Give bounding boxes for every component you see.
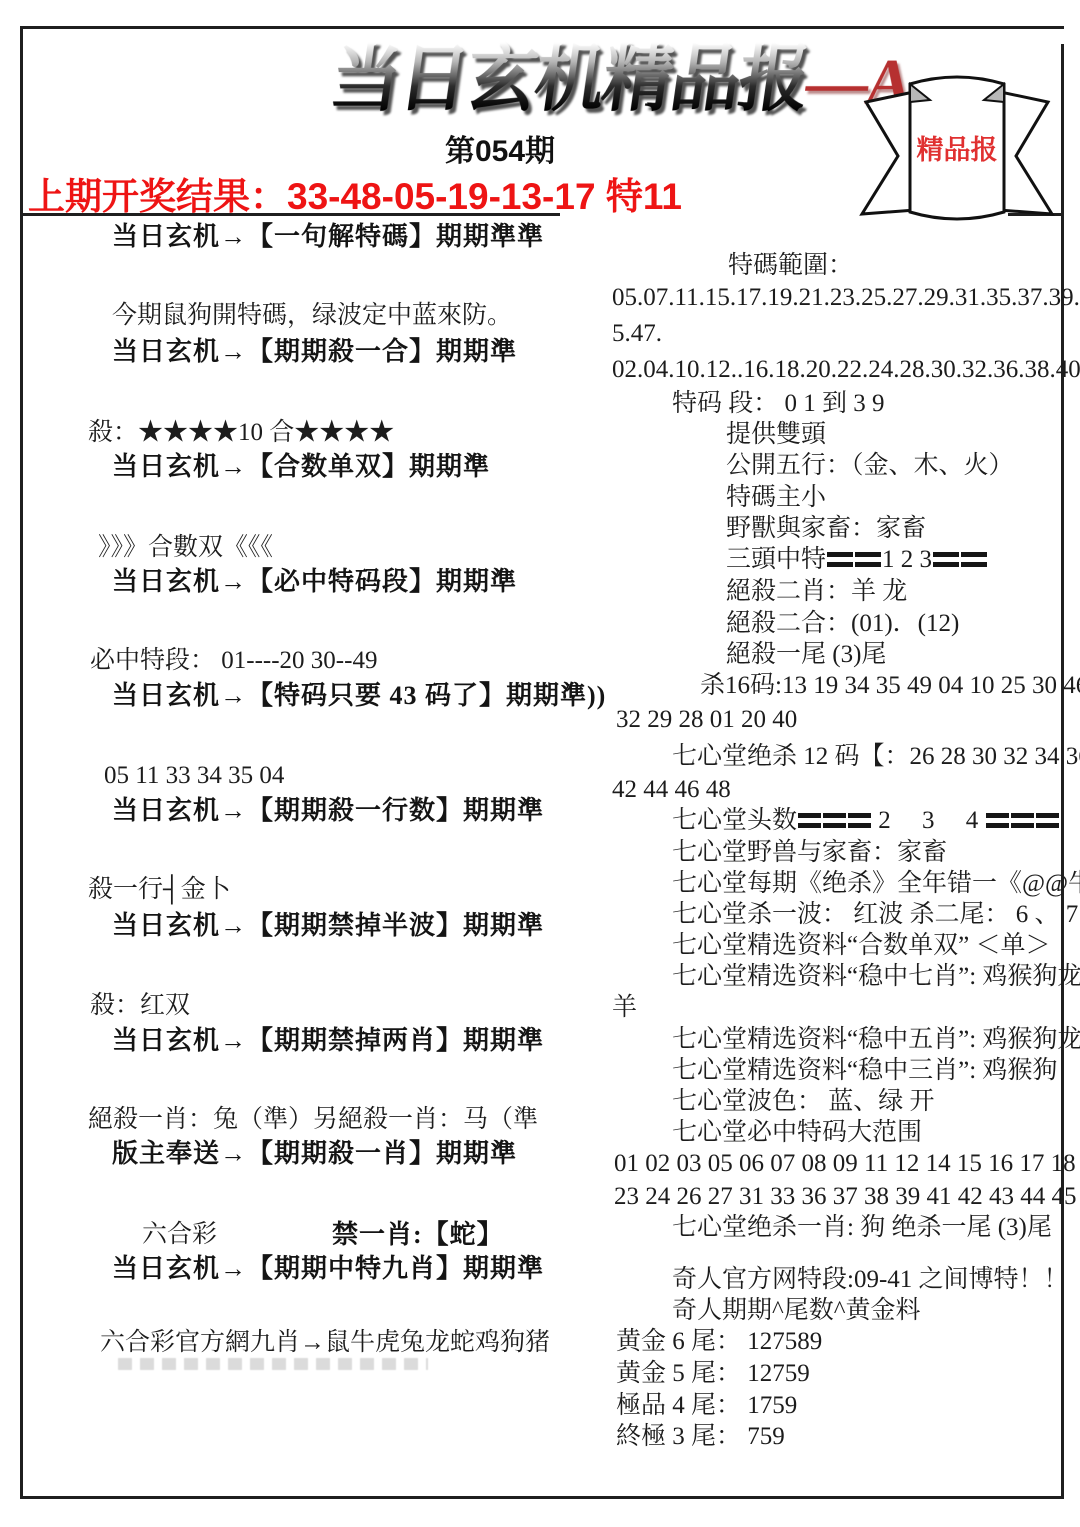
right-gold-5-tails: 黄金 5 尾： 12759	[616, 1360, 810, 1389]
border-left	[20, 26, 23, 1499]
right-qixintang-wave: 七心堂杀一波： 红波 杀二尾： 6 、 7	[672, 901, 1078, 930]
left-tip-2: 》》》合數双《《《	[98, 534, 273, 563]
right-best-4-tails: 極品 4 尾： 1759	[616, 1392, 797, 1421]
qixintang-heads-numbers: 2 3 4	[878, 807, 978, 834]
double-bar-icon	[961, 552, 987, 567]
left-headline-2: 当日玄机→【期期殺一合】期期準	[112, 337, 517, 367]
right-qixintang-sum-parity: 七心堂精选资料“合数单双” ＜单＞	[672, 932, 1050, 961]
masthead-title-main: 当日玄机精品报	[325, 39, 812, 120]
double-bar-icon	[848, 813, 871, 828]
right-qiren-gold-title: 奇人期期^尾数^黄金料	[672, 1297, 920, 1326]
right-big-range-row-2: 23 24 26 27 31 33 36 37 38 39 41 42 43 4…	[614, 1183, 1080, 1212]
double-bar-icon	[1036, 813, 1059, 828]
left-headline-1: 当日玄机→【一句解特碼】期期準準	[112, 222, 544, 252]
double-bar-icon	[986, 813, 1009, 828]
border-bottom	[20, 1496, 1064, 1499]
left-ban-zodiac: 禁一肖:【蛇】	[332, 1220, 504, 1250]
right-qiren-segment: 奇人官方网特段:09-41 之间博特！！	[672, 1266, 1069, 1295]
right-kill-16-codes-2: 32 29 28 01 20 40	[616, 706, 797, 735]
three-heads-numbers: 1 2 3	[882, 546, 932, 573]
left-range-line: 必中特段： 01----20 30--49	[90, 647, 377, 676]
right-qixintang-color: 七心堂波色： 蓝、绿 开	[672, 1088, 935, 1117]
right-big-range-row-1: 01 02 03 05 06 07 08 09 11 12 14 15 16 1…	[614, 1150, 1080, 1179]
left-nine-zodiac: 六合彩官方網九肖→鼠牛虎兔龙蛇鸡狗猪	[100, 1329, 550, 1358]
right-range-title: 特碼範圍：	[728, 252, 853, 281]
ribbon-badge: 精品报	[850, 60, 1064, 236]
right-kill-16-codes-1: 杀16码:13 19 34 35 49 04 10 25 30 46	[700, 672, 1080, 701]
ribbon-badge-label: 精品报	[917, 134, 998, 165]
right-qixintang-7-zodiac: 七心堂精选资料“稳中七肖”: 鸡猴狗龙马蛇	[672, 963, 1080, 992]
left-headline-9: 版主奉送→【期期殺一肖】期期準	[112, 1139, 517, 1169]
right-qixintang-3-zodiac: 七心堂精选资料“稳中三肖”: 鸡猴狗	[672, 1057, 1057, 1086]
right-qixintang-kill12-2: 42 44 46 48	[612, 776, 731, 805]
left-tip-1: 今期鼠狗開特碼，绿波定中蓝來防。	[112, 302, 512, 331]
double-bar-icon	[798, 813, 821, 828]
right-qixintang-kill-one: 七心堂绝杀一肖: 狗 绝杀一尾 (3)尾	[672, 1214, 1052, 1243]
left-headline-6: 当日玄机→【期期殺一行数】期期準	[112, 796, 544, 826]
right-final-3-tails: 終極 3 尾： 759	[616, 1423, 785, 1452]
right-qixintang-big-range-title: 七心堂必中特码大范围	[672, 1119, 922, 1148]
right-segment: 特码 段： 0 1 到 3 9	[672, 390, 885, 419]
last-draw-result: 上期开奖结果：33-48-05-19-13-17 特11	[28, 166, 682, 220]
right-beast-domestic: 野獸與家畜：家畜	[726, 515, 926, 544]
right-double-head: 提供雙頭	[726, 421, 826, 450]
right-qixintang-kill12-1: 七心堂绝杀 12 码【：26 28 30 32 34 36 38 40	[672, 743, 1080, 772]
double-bar-icon	[855, 552, 881, 567]
right-range-odd-2: 5.47.	[612, 320, 662, 349]
tip-sheet-page: 当日玄机精品报—A 第054期 上期开奖结果：33-48-05-19-13-17…	[0, 0, 1080, 1527]
issue-number: 第054期	[400, 126, 600, 170]
double-bar-icon	[1011, 813, 1034, 828]
right-gold-6-tails: 黄金 6 尾： 127589	[616, 1328, 822, 1357]
right-qixintang-yearly: 七心堂每期《绝杀》全年错一《@@牛@@》	[672, 870, 1080, 899]
right-three-heads: 三頭中特1 2 3	[726, 546, 988, 575]
double-bar-icon	[933, 552, 959, 567]
right-qixintang-beast: 七心堂野兽与家畜：家畜	[672, 839, 947, 868]
right-range-odd-1: 05.07.11.15.17.19.21.23.25.27.29.31.35.3…	[612, 284, 1080, 313]
right-range-even: 02.04.10.12..16.18.20.22.24.28.30.32.36.…	[612, 356, 1080, 385]
left-headline-10: 当日玄机→【期期中特九肖】期期準	[112, 1254, 544, 1284]
qixintang-heads-prefix: 七心堂头数	[672, 807, 797, 834]
left-headline-4: 当日玄机→【必中特码段】期期準	[112, 567, 517, 597]
right-five-elements: 公開五行：（金、木、火）	[726, 452, 1014, 481]
three-heads-prefix: 三頭中特	[726, 546, 826, 573]
right-qixintang-7-zodiac-wrap: 羊	[612, 994, 637, 1023]
right-kill-two-sum: 絕殺二合：(01)．(12)	[726, 610, 959, 639]
right-qixintang-5-zodiac: 七心堂精选资料“稳中五肖”: 鸡猴狗龙马	[672, 1026, 1080, 1055]
left-kill-red-even: 殺：红双	[90, 992, 190, 1021]
left-lottery-label: 六合彩	[142, 1221, 217, 1250]
left-headline-8: 当日玄机→【期期禁掉两肖】期期準	[112, 1026, 544, 1056]
right-kill-one-tail: 絕殺一尾 (3)尾	[726, 641, 886, 670]
left-stars-line: 殺：★★★★10 合★★★★	[88, 419, 394, 448]
double-bar-icon	[827, 552, 853, 567]
masthead-title: 当日玄机精品报—A	[325, 19, 910, 125]
left-kill-row-line: 殺一行┤金卜	[88, 876, 231, 905]
right-special-small: 特碼主小	[726, 484, 826, 513]
left-numbers-line: 05 11 33 34 35 04	[104, 762, 284, 791]
right-kill-two-zodiac: 絕殺二肖：羊 龙	[726, 578, 907, 607]
left-headline-3: 当日玄机→【合数单双】期期準	[112, 452, 490, 482]
double-bar-icon	[823, 813, 846, 828]
erased-text-artifact	[118, 1358, 428, 1370]
left-kill-zodiac: 絕殺一肖：兔（準）另絕殺一肖：马（準	[88, 1106, 538, 1135]
right-qixintang-heads: 七心堂头数 2 3 4	[672, 807, 1060, 836]
left-headline-7: 当日玄机→【期期禁掉半波】期期準	[112, 911, 544, 941]
left-headline-5: 当日玄机→【特码只要 43 码了】期期準))	[112, 681, 606, 711]
